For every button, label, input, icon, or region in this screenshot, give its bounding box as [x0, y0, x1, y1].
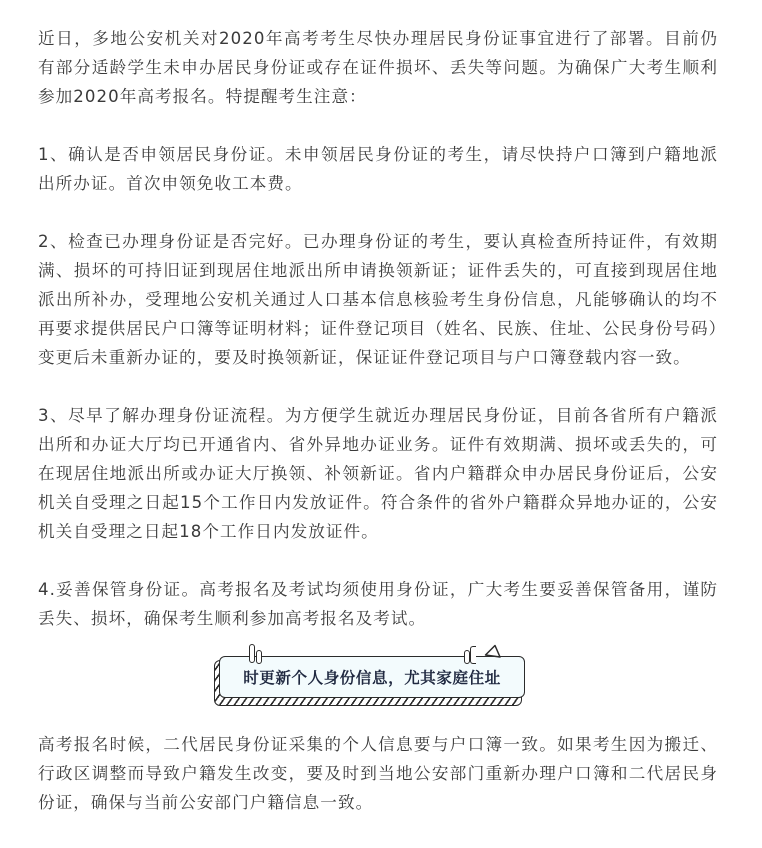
binder-clip-icon	[256, 650, 262, 664]
tip-4-paragraph: 4.妥善保管身份证。高考报名及考试均须使用身份证，广大考生要妥善保管备用，谨防丢…	[38, 575, 718, 633]
banner-title: 时更新个人身份信息，尤其家庭住址	[243, 666, 501, 688]
section-banner: 时更新个人身份信息，尤其家庭住址	[211, 644, 541, 710]
binder-clip-icon	[470, 646, 476, 664]
tip-3-paragraph: 3、尽早了解办理身份证流程。为方便学生就近办理居民身份证，目前各省所有户籍派出所…	[38, 401, 718, 546]
article-body: 近日，多地公安机关对2020年高考考生尽快办理居民身份证事宜进行了部署。目前仍有…	[38, 24, 718, 846]
binder-clip-icon	[249, 644, 255, 663]
triangle-icon	[483, 644, 503, 660]
tip-1-paragraph: 1、确认是否申领居民身份证。未申领居民身份证的考生，请尽快持户口簿到户籍地派出所…	[38, 140, 718, 198]
closing-paragraph: 高考报名时候，二代居民身份证采集的个人信息要与户口簿一致。如果考生因为搬迁、行政…	[38, 730, 718, 817]
tip-2-paragraph: 2、检查已办理身份证是否完好。已办理身份证的考生，要认真检查所持证件，有效期满、…	[38, 227, 718, 372]
banner-box: 时更新个人身份信息，尤其家庭住址	[219, 656, 525, 698]
intro-paragraph: 近日，多地公安机关对2020年高考考生尽快办理居民身份证事宜进行了部署。目前仍有…	[38, 24, 718, 111]
